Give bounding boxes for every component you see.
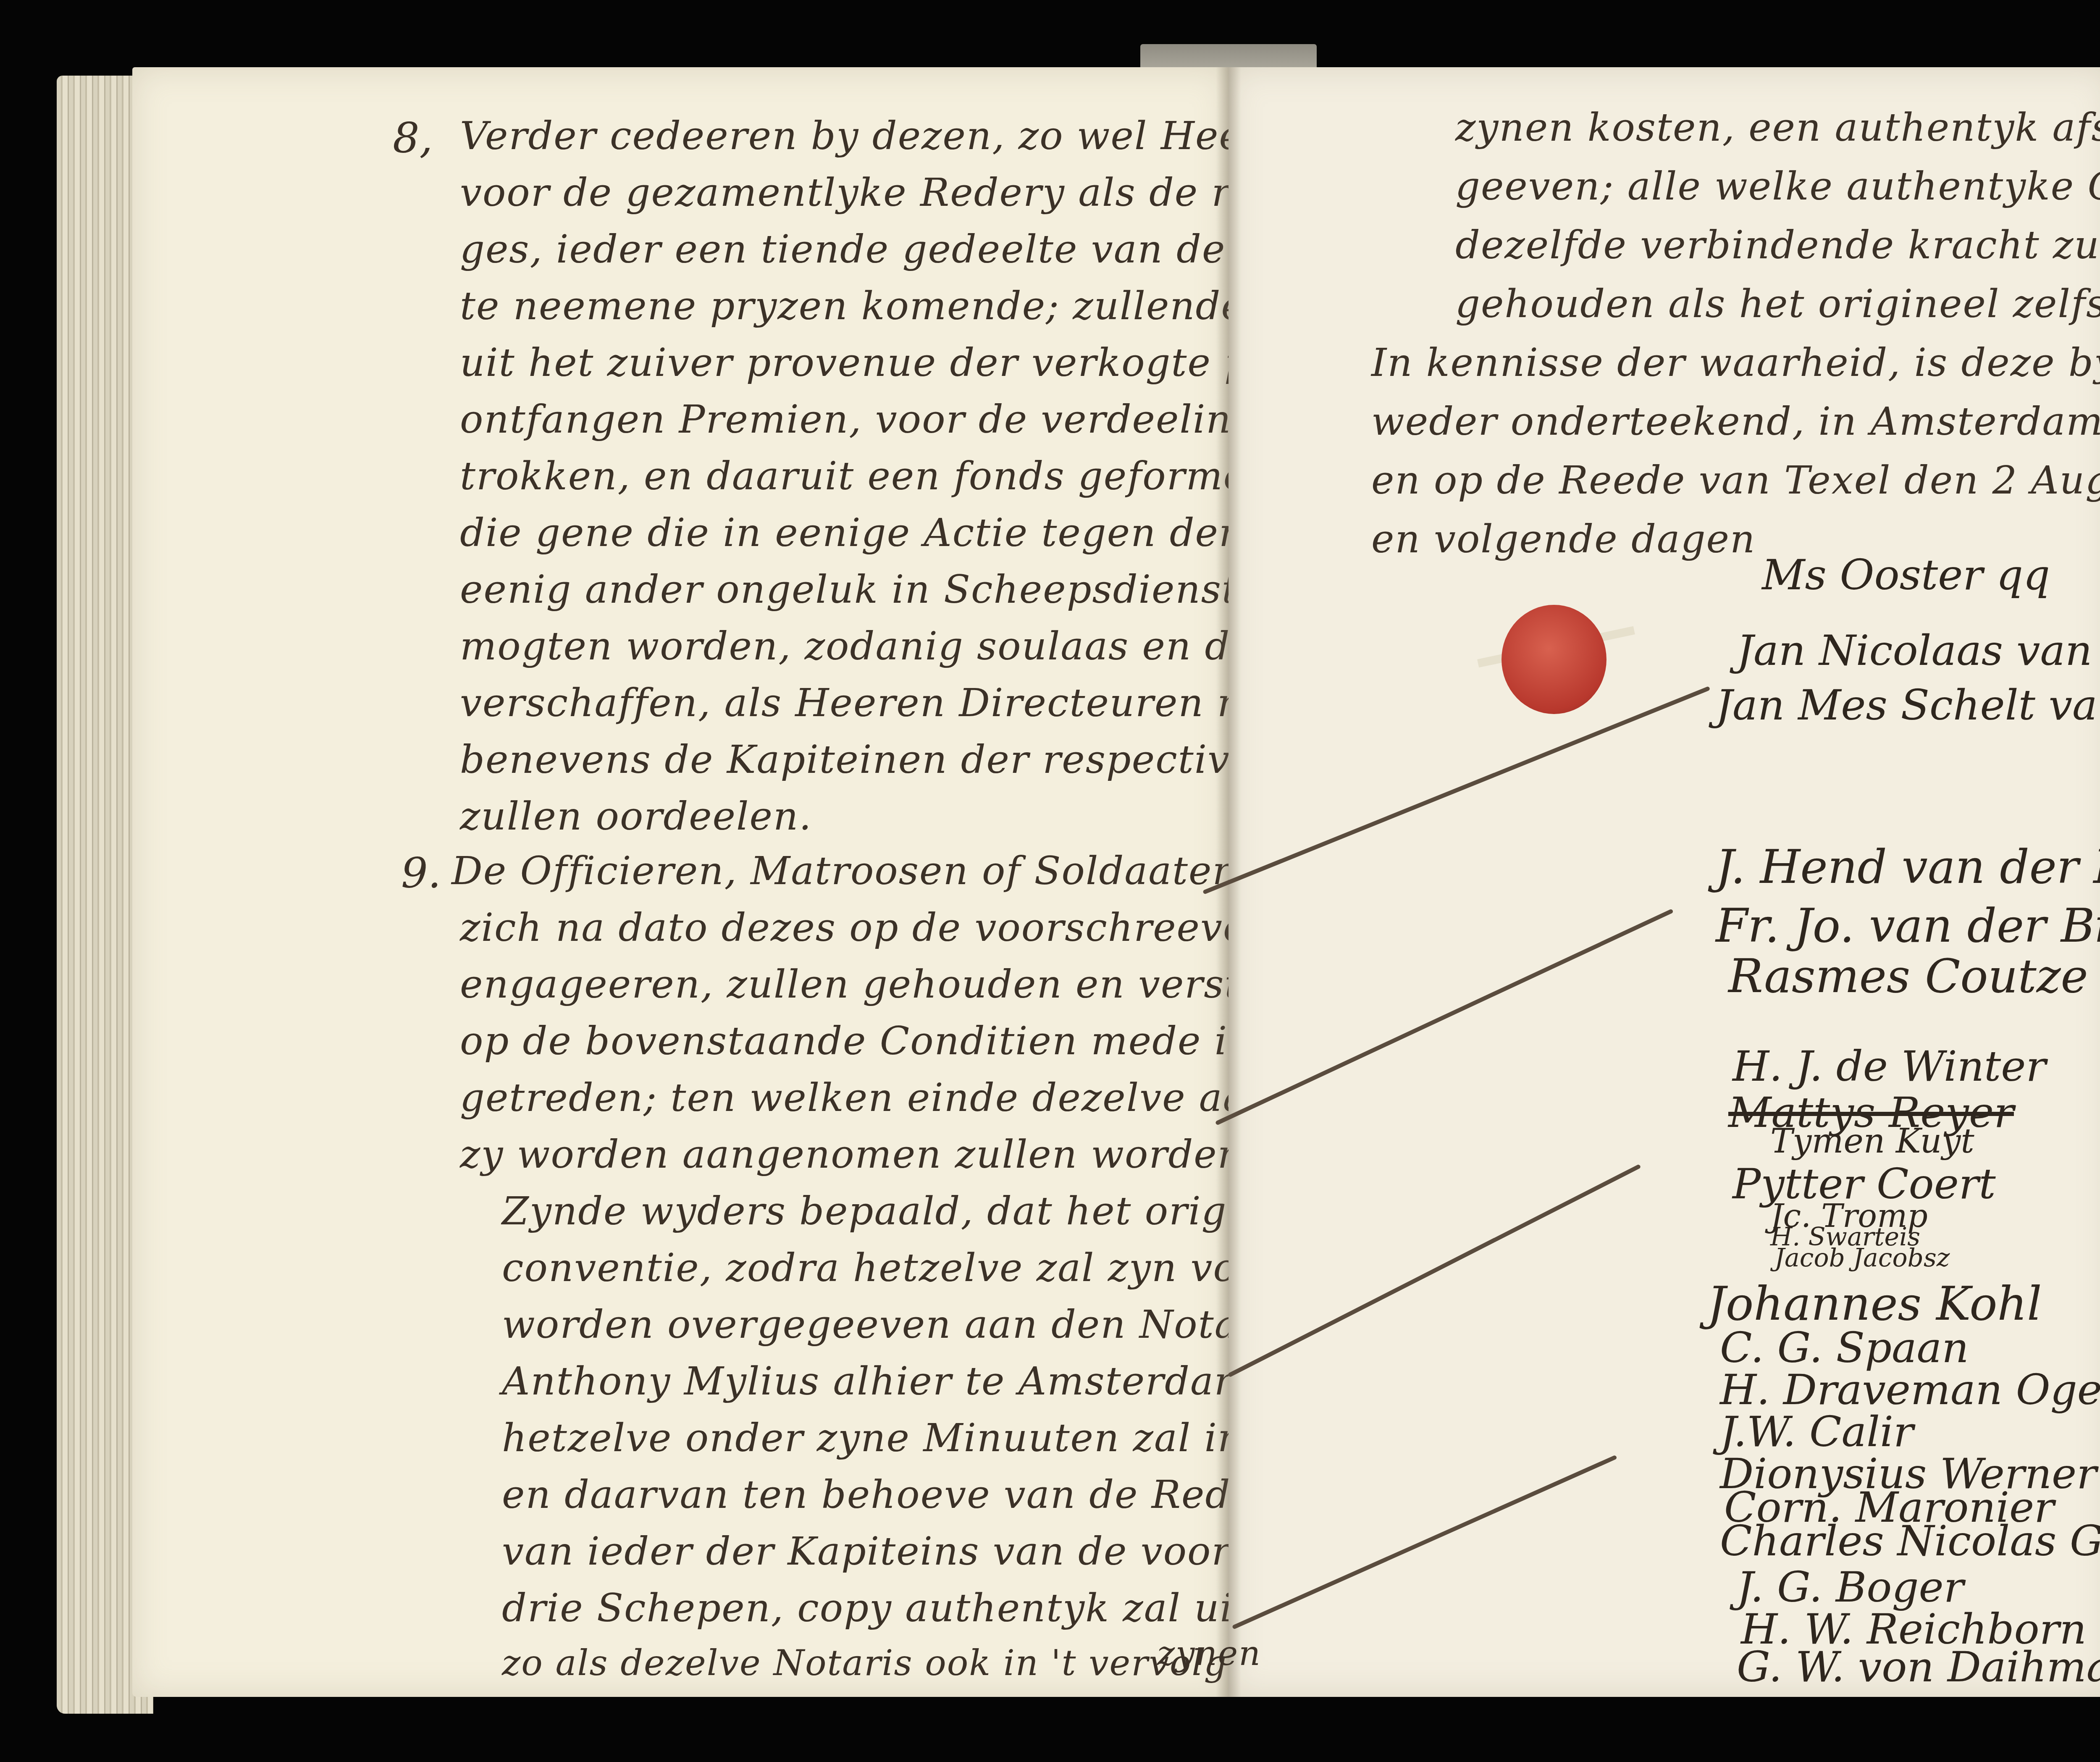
text-line: gehouden als het origineel zelfs. — [1455, 281, 2100, 326]
text-line: weder onderteekend, in Amsterdam d: Augu… — [1371, 399, 2100, 444]
text-line: en volgende dagen — [1371, 517, 1756, 562]
text-line: zynen kosten, een authentyk afschrift te — [1455, 105, 2100, 150]
red-wax-seal — [1501, 605, 1606, 714]
signature: H. J. de Winter — [1732, 1042, 2046, 1091]
text-line: Anthony Mylius alhier te Amsterdam, die — [502, 1359, 1340, 1404]
signature: Jan Mes Schelt van Vollenhoven qq — [1716, 680, 2100, 730]
catchword: zynen — [1157, 1634, 1261, 1673]
signature: Jan Nicolaas van Lyss qq — [1737, 626, 2100, 675]
signature: Tymen Kuyt — [1770, 1121, 1974, 1161]
signature: G. W. von Daihman — [1737, 1642, 2100, 1691]
open-ledger: 8, Verder cedeeren by dezen, zo wel Heer… — [57, 50, 2100, 1726]
signature: J. Hend van der Linde — [1716, 840, 2100, 894]
text-line: geeven; alle welke authentyke Copyen van — [1455, 164, 2100, 209]
signature: Jacob Jacobsz — [1774, 1243, 1950, 1273]
article-number-8: 8, — [393, 113, 433, 163]
text-line: en op de Reede van Texel den 2 Augustus … — [1371, 458, 2100, 503]
text-line: dezelfde verbindende kracht zullen worde… — [1455, 223, 2100, 268]
text-line: In kennisse der waarheid, is deze by ons… — [1371, 340, 2100, 385]
signature: Rasmes Coutze — [1728, 949, 2088, 1003]
text-line: zullen oordeelen. — [460, 794, 812, 839]
signature: Johannes Kohl — [1707, 1277, 2042, 1331]
signature: Charles Nicolas Guyot — [1720, 1516, 2100, 1565]
signature: Fr. Jo. van der Biest — [1716, 899, 2100, 953]
signature: Ms Ooster qq — [1762, 550, 2050, 599]
left-page: 8, Verder cedeeren by dezen, zo wel Heer… — [132, 67, 1228, 1697]
article-number-9: 9. — [401, 848, 441, 898]
